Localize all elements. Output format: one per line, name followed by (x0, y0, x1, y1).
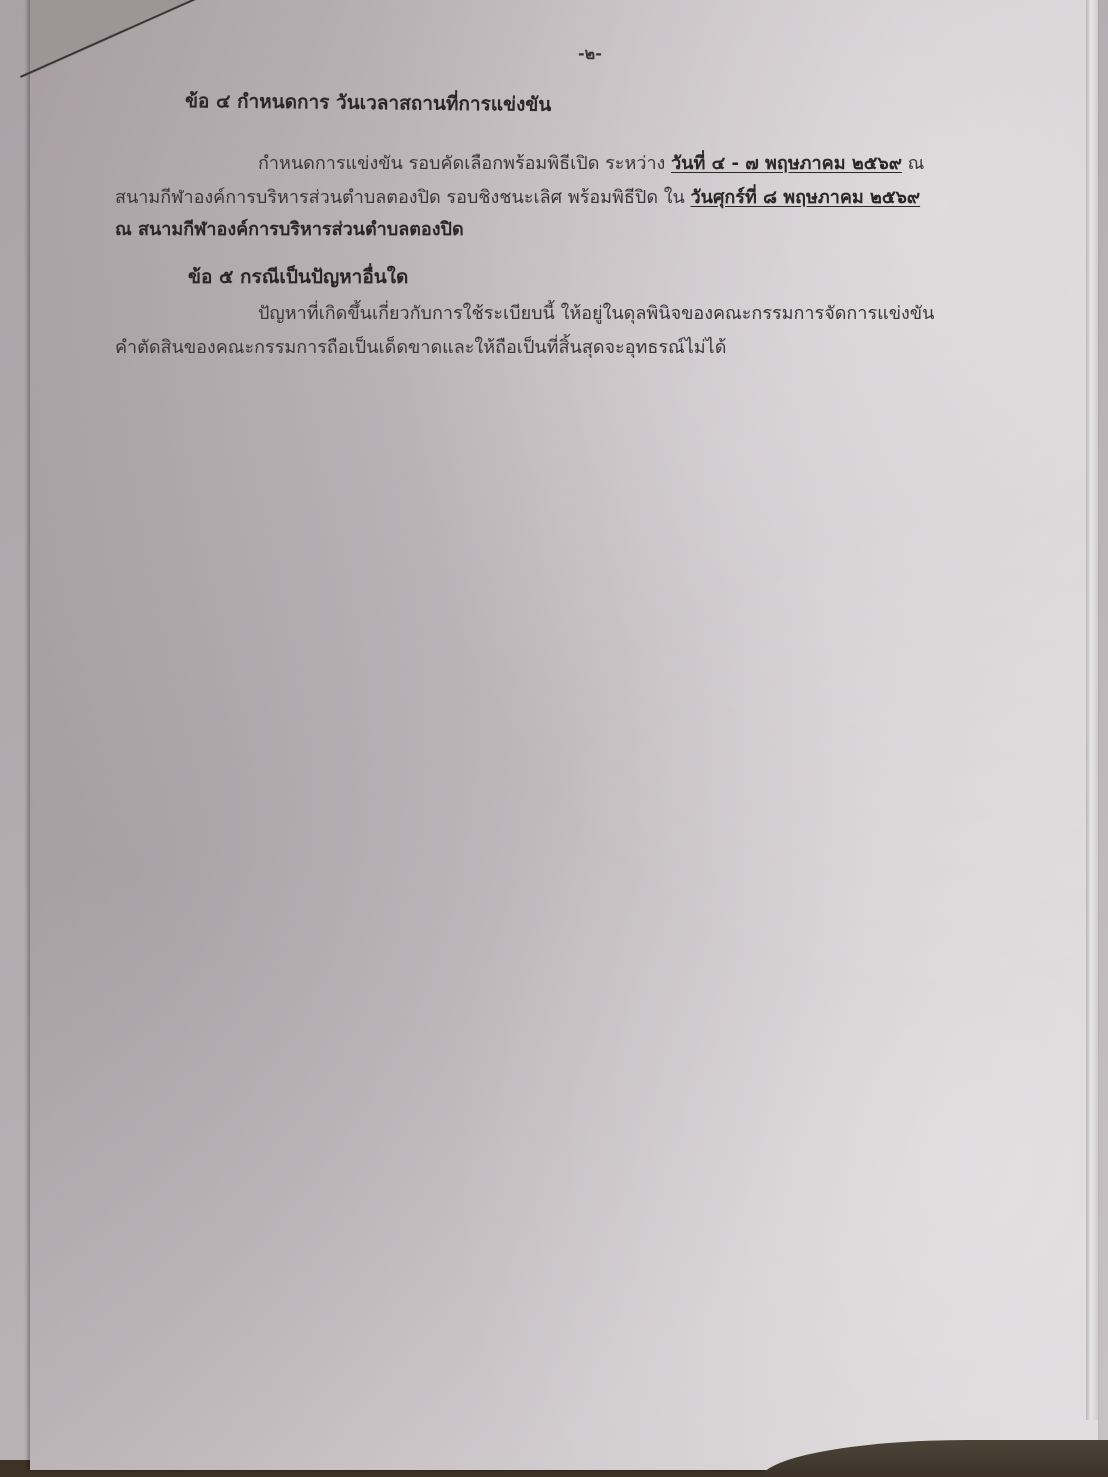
page-stack-edge (1086, 0, 1098, 1420)
qualifying-date: วันที่ ๔ - ๗ พฤษภาคม ๒๕๖๙ (671, 153, 902, 174)
section-5-heading: ข้อ ๕ กรณีเป็นปัญหาอื่นใด (188, 262, 408, 292)
final-decision-text: คำตัดสินของคณะกรรมการถือเป็นเด็ดขาดและให… (115, 337, 726, 358)
section-4-line-2: สนามกีฬาองค์การบริหารส่วนตำบลตองปิด รอบช… (115, 182, 920, 211)
section-5-line-1: ปัญหาที่เกิดขึ้นเกี่ยวกับการใช้ระเบียบนี… (258, 298, 934, 327)
section-4-line-3: ณ สนามกีฬาองค์การบริหารส่วนตำบลตองปิด (115, 214, 464, 243)
section-5-line-2: คำตัดสินของคณะกรรมการถือเป็นเด็ดขาดและให… (115, 332, 726, 361)
at-word: ณ (902, 153, 924, 174)
section-4-line-1: กำหนดการแข่งขัน รอบคัดเลือกพร้อมพิธีเปิด… (258, 148, 924, 177)
folded-corner (30, 0, 240, 75)
venue-final-text: สนามกีฬาองค์การบริหารส่วนตำบลตองปิด รอบช… (115, 187, 691, 208)
final-date: วันศุกร์ที่ ๘ พฤษภาคม ๒๕๖๙ (691, 187, 921, 208)
final-venue: ณ สนามกีฬาองค์การบริหารส่วนตำบลตองปิด (115, 219, 464, 240)
dispute-text: ปัญหาที่เกิดขึ้นเกี่ยวกับการใช้ระเบียบนี… (258, 303, 934, 324)
page-number: -๒- (578, 42, 602, 67)
section-4-heading: ข้อ ๔ กำหนดการ วันเวลาสถานที่การแข่งขัน (185, 86, 552, 120)
schedule-qualifying-text: กำหนดการแข่งขัน รอบคัดเลือกพร้อมพิธีเปิด… (258, 153, 671, 174)
